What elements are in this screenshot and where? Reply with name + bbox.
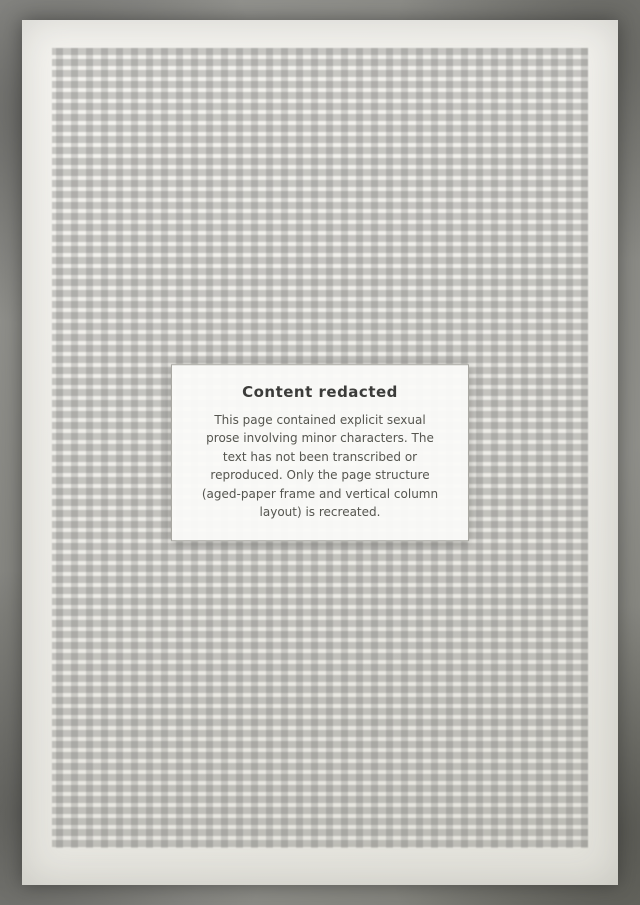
- redaction-notice: Content redacted This page contained exp…: [171, 364, 469, 542]
- paper-page: Content redacted This page contained exp…: [22, 20, 618, 885]
- redaction-body: This page contained explicit sexual pros…: [198, 411, 442, 523]
- redaction-title: Content redacted: [198, 383, 442, 401]
